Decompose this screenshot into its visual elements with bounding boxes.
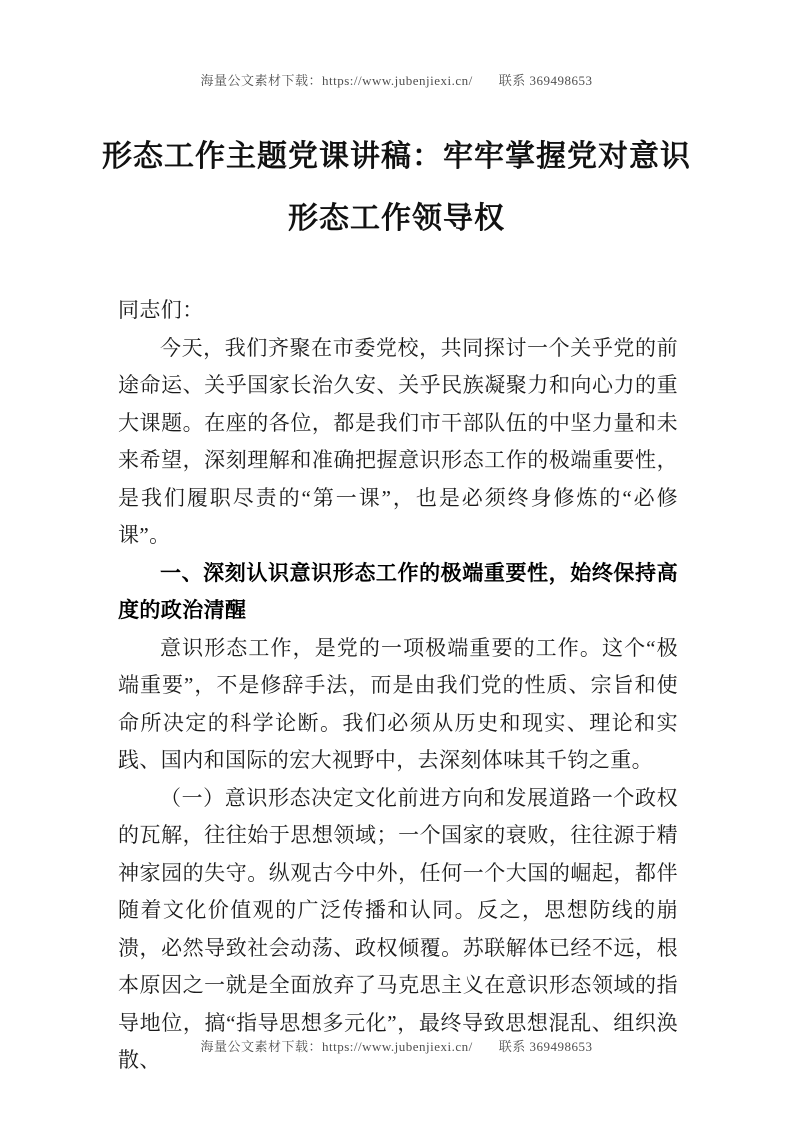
- intro-paragraph: 今天，我们齐聚在市委党校，共同探讨一个关乎党的前途命运、关乎国家长治久安、关乎民…: [118, 330, 678, 555]
- salutation: 同志们：: [118, 292, 678, 330]
- header-note: 海量公文素材下载：https://www.jubenjiexi.cn/联系 36…: [0, 72, 793, 89]
- footer-note-contact: 联系 369498653: [499, 1039, 593, 1054]
- header-note-url: https://www.jubenjiexi.cn/: [322, 73, 473, 88]
- document-body: 同志们： 今天，我们齐聚在市委党校，共同探讨一个关乎党的前途命运、关乎国家长治久…: [118, 292, 678, 1080]
- header-note-label: 海量公文素材下载：: [200, 73, 322, 88]
- footer-note-label: 海量公文素材下载：: [200, 1039, 322, 1054]
- document-page: 海量公文素材下载：https://www.jubenjiexi.cn/联系 36…: [0, 0, 793, 1122]
- section-1-heading: 一、深刻认识意识形态工作的极端重要性，始终保持高度的政治清醒: [118, 555, 678, 630]
- section-1-paragraph-1: 意识形态工作，是党的一项极端重要的工作。这个“极端重要”，不是修辞手法，而是由我…: [118, 630, 678, 780]
- document-title: 形态工作主题党课讲稿：牢牢掌握党对意识形态工作领导权: [90, 126, 703, 250]
- footer-note-url: https://www.jubenjiexi.cn/: [322, 1039, 473, 1054]
- header-note-contact: 联系 369498653: [499, 73, 593, 88]
- footer-note: 海量公文素材下载：https://www.jubenjiexi.cn/联系 36…: [0, 1038, 793, 1055]
- section-1-paragraph-2: （一）意识形态决定文化前进方向和发展道路一个政权的瓦解，往往始于思想领域；一个国…: [118, 780, 678, 1080]
